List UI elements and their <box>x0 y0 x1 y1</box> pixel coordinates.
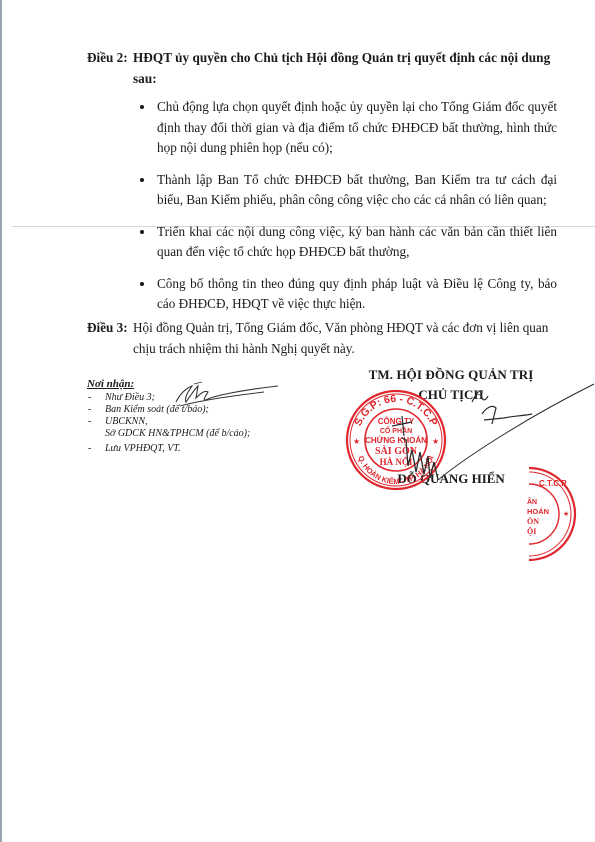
svg-text:★: ★ <box>563 510 569 518</box>
svg-text:ÂN: ÂN <box>527 497 537 506</box>
recipient-item: -Lưu VPHĐQT, VT. <box>87 443 337 455</box>
dash-icon: - <box>88 404 91 416</box>
article-3-label: Điều 3: <box>87 318 128 339</box>
article-2-heading: HĐQT ủy quyền cho Chủ tịch Hội đồng Quản… <box>133 48 557 89</box>
dash-icon: - <box>88 443 91 455</box>
svg-text:★: ★ <box>353 437 360 446</box>
initials-signature <box>172 380 282 410</box>
article-2-bullet-list: Chủ động lựa chọn quyết định hoặc ủy quy… <box>133 97 557 315</box>
bullet-icon <box>140 230 144 234</box>
svg-text:ỘI: ỘI <box>527 527 536 536</box>
scan-edge <box>0 0 2 842</box>
dash-icon: - <box>88 392 91 404</box>
list-item: Thành lập Ban Tổ chức ĐHĐCĐ bất thường, … <box>140 170 557 211</box>
article-2-label: Điều 2: <box>87 48 128 69</box>
recipient-item: Sở GDCK HN&TPHCM (để b/cáo); <box>87 428 337 440</box>
partial-seal: C.T.C.P ÂN HOÁN ÒN ỘI ★ <box>525 466 595 562</box>
svg-text:HOÁN: HOÁN <box>527 507 549 516</box>
bullet-icon <box>140 282 144 286</box>
list-item: Chủ động lựa chọn quyết định hoặc ủy quy… <box>140 97 557 159</box>
svg-text:ÒN: ÒN <box>527 516 539 526</box>
list-item: Triển khai các nội dung công việc, ký ba… <box>140 222 557 263</box>
article-3: Điều 3: Hội đồng Quản trị, Tổng Giám đốc… <box>87 318 557 359</box>
recipient-item: -UBCKNN, <box>87 416 337 428</box>
article-2: Điều 2: HĐQT ủy quyền cho Chủ tịch Hội đ… <box>87 48 557 326</box>
dash-icon: - <box>88 416 91 428</box>
bullet-icon <box>140 178 144 182</box>
list-item: Công bố thông tin theo đúng quy định phá… <box>140 274 557 315</box>
bullet-icon <box>140 105 144 109</box>
article-3-text: Hội đồng Quản trị, Tổng Giám đốc, Văn ph… <box>133 318 557 359</box>
svg-text:C.T.C.P: C.T.C.P <box>539 479 567 488</box>
